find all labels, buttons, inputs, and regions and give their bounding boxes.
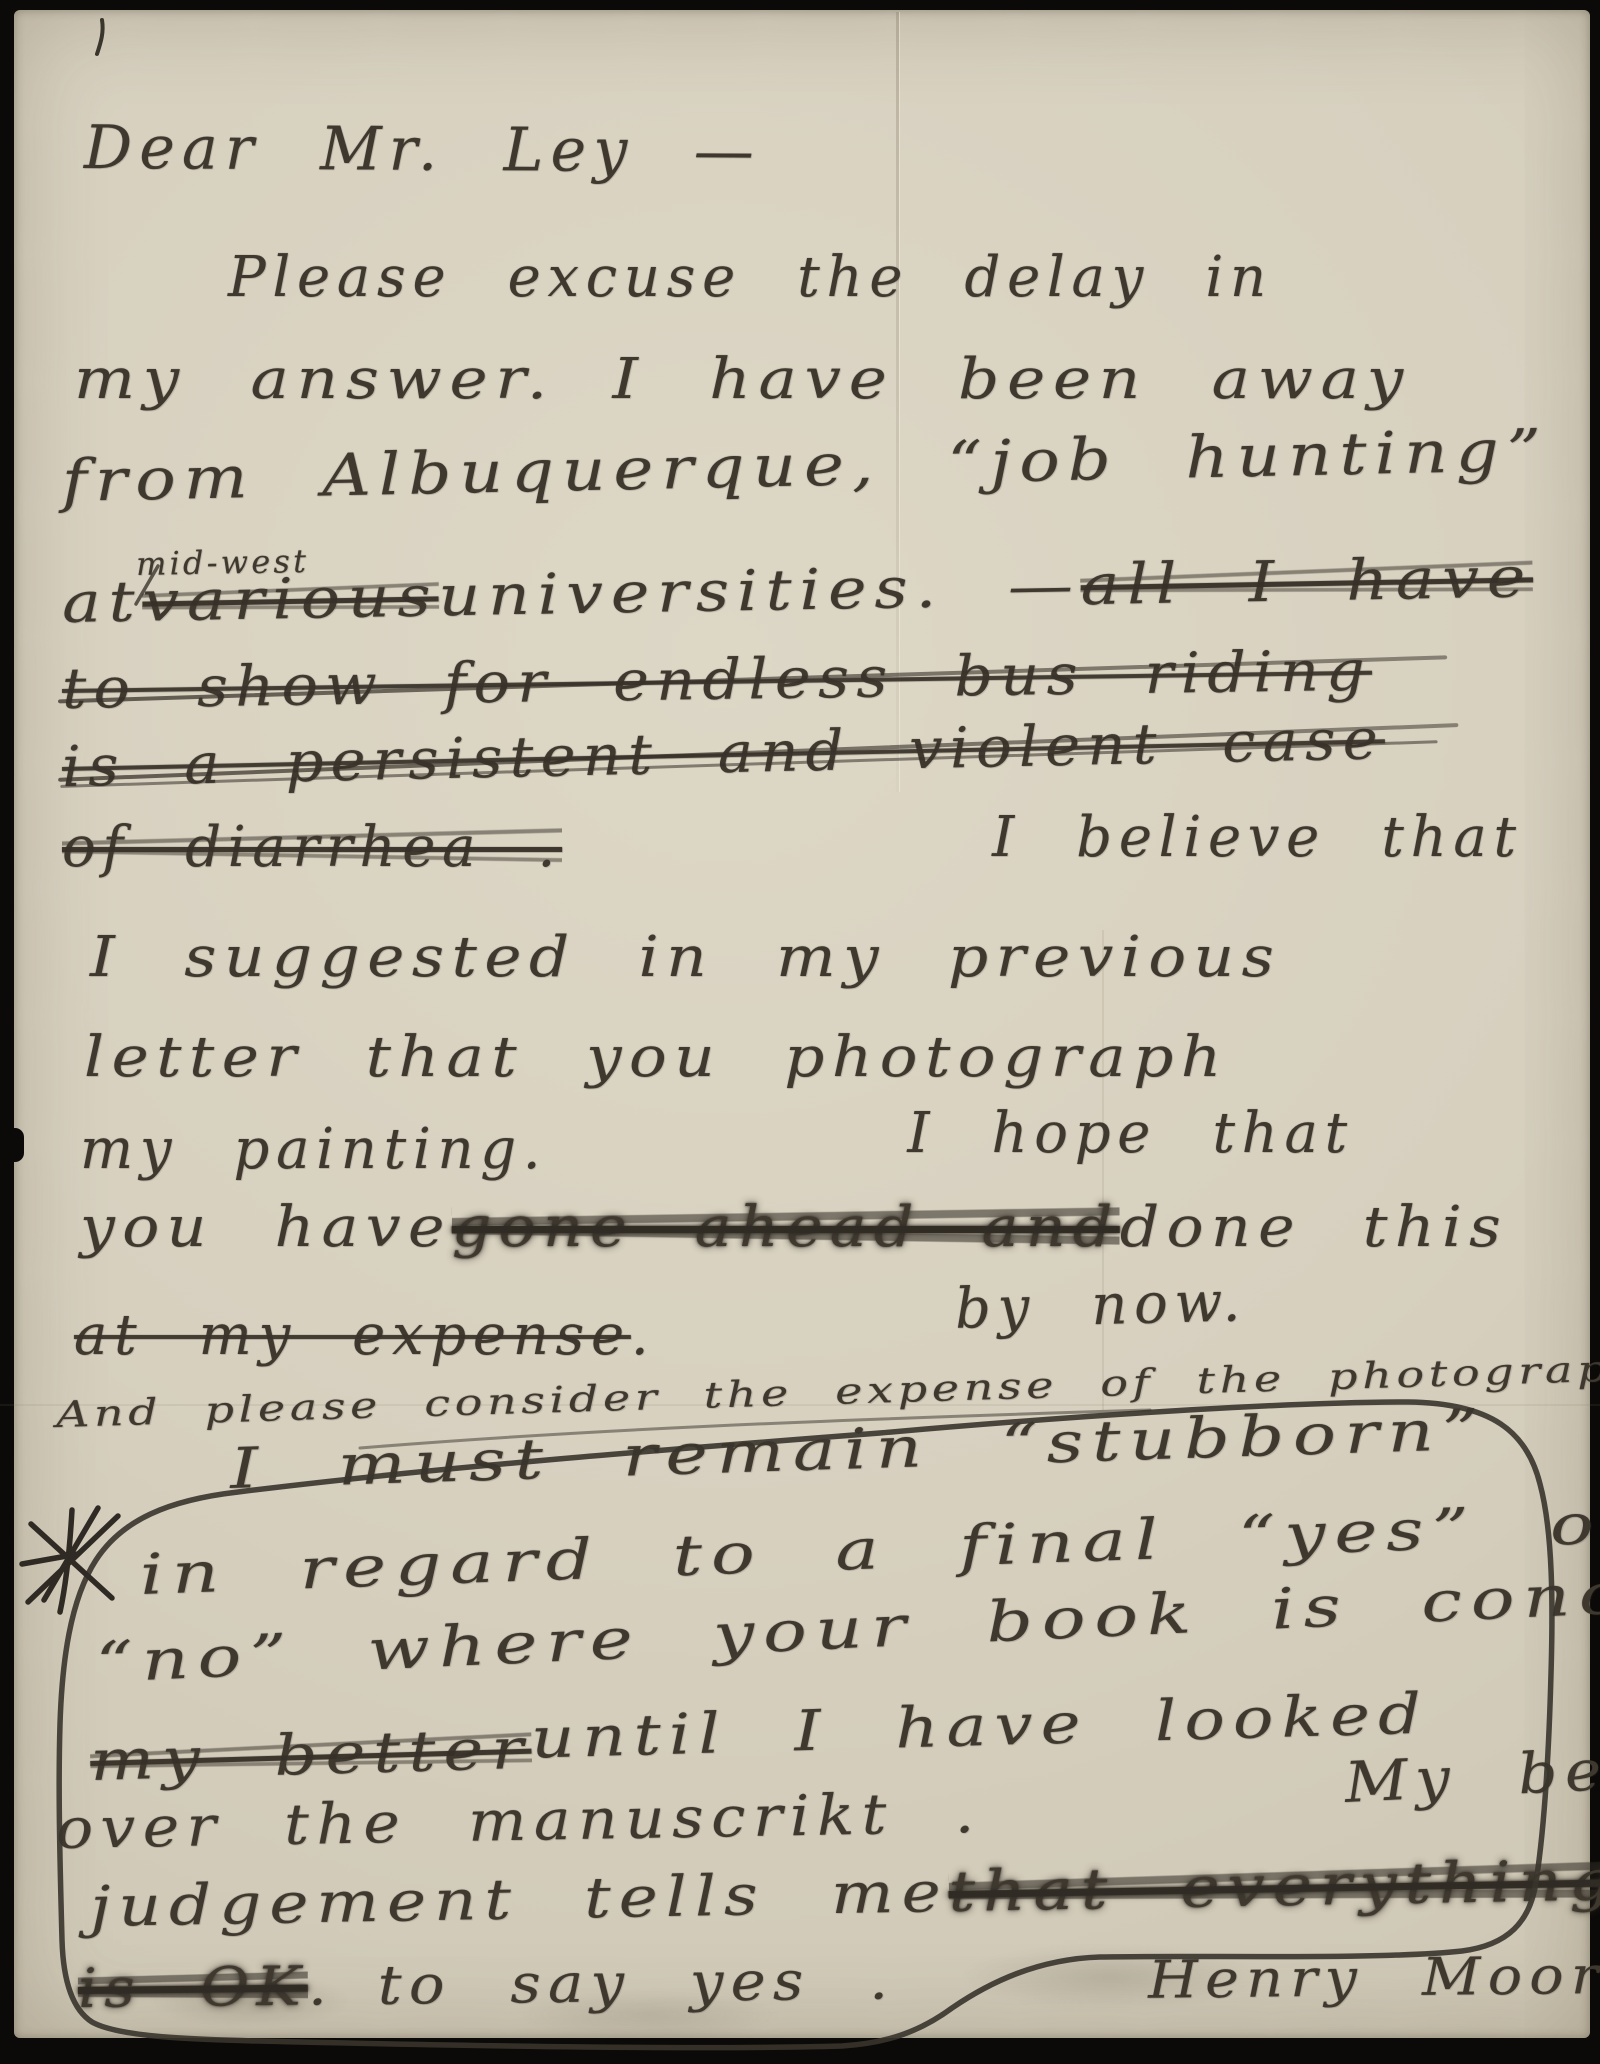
letter-line: I suggested in my previous	[90, 930, 1281, 986]
letter-line: Please excuse the delay in	[228, 250, 1273, 306]
letter-line: you have gone ahead and done this	[80, 1200, 1508, 1256]
salutation: Dear Mr. Ley —	[84, 118, 761, 182]
handwritten-text: letter that you photograph	[84, 1030, 1229, 1086]
handwritten-text: universities. —	[438, 558, 1081, 625]
handwritten-text: .	[631, 1308, 656, 1364]
scribbled-out-text: gone ahead and	[452, 1200, 1120, 1256]
scanned-letter-page: Dear Mr. Ley — Please excuse the delay i…	[0, 0, 1600, 2064]
handwritten-text: my painting.	[80, 1122, 547, 1178]
handwritten-text: my answer.	[74, 352, 555, 408]
scribbled-out-text: that everything	[948, 1853, 1600, 1921]
handwritten-text: I believe that	[992, 810, 1523, 866]
handwritten-text: over the manuscrikt .	[56, 1786, 983, 1858]
handwritten-text: I have been away	[612, 352, 1410, 408]
struck-word: all I have	[1080, 550, 1533, 614]
letter-line: letter that you photograph	[84, 1030, 1229, 1086]
struck-text: my better	[89, 1722, 532, 1790]
handwritten-text: to say yes .	[377, 1953, 895, 2012]
scan-edge-notch	[8, 1128, 24, 1162]
struck-text: at my expense	[74, 1308, 631, 1364]
handwritten-text: at	[62, 575, 143, 632]
handwritten-text: judgement tells me	[90, 1865, 950, 1936]
signature: Henry Moore	[1148, 1950, 1600, 2007]
handwritten-text: you have	[80, 1200, 452, 1256]
letter-line: my painting.I hope that	[80, 1122, 1354, 1178]
handwritten-text: by now.	[955, 1274, 1248, 1338]
scribbled-out-text: is OK	[78, 1960, 308, 2016]
letter-line: at my expense.by now.	[74, 1308, 1247, 1364]
letter-line: my answer.I have been away	[74, 352, 1411, 408]
handwritten-text: Please excuse the delay in	[228, 250, 1273, 306]
handwritten-text: .	[307, 1959, 334, 2013]
handwritten-text: done this	[1120, 1200, 1508, 1256]
struck-text: of diarrhea .	[62, 820, 562, 876]
handwritten-text: I suggested in my previous	[90, 930, 1281, 986]
struck-word: various	[142, 569, 439, 630]
letter-line: is OK. to say yes .Henry Moore	[78, 1946, 1600, 2016]
handwritten-text: Dear Mr. Ley —	[84, 118, 761, 182]
letter-line: of diarrhea .I believe that	[62, 820, 1523, 876]
handwritten-text: I hope that	[907, 1106, 1353, 1162]
